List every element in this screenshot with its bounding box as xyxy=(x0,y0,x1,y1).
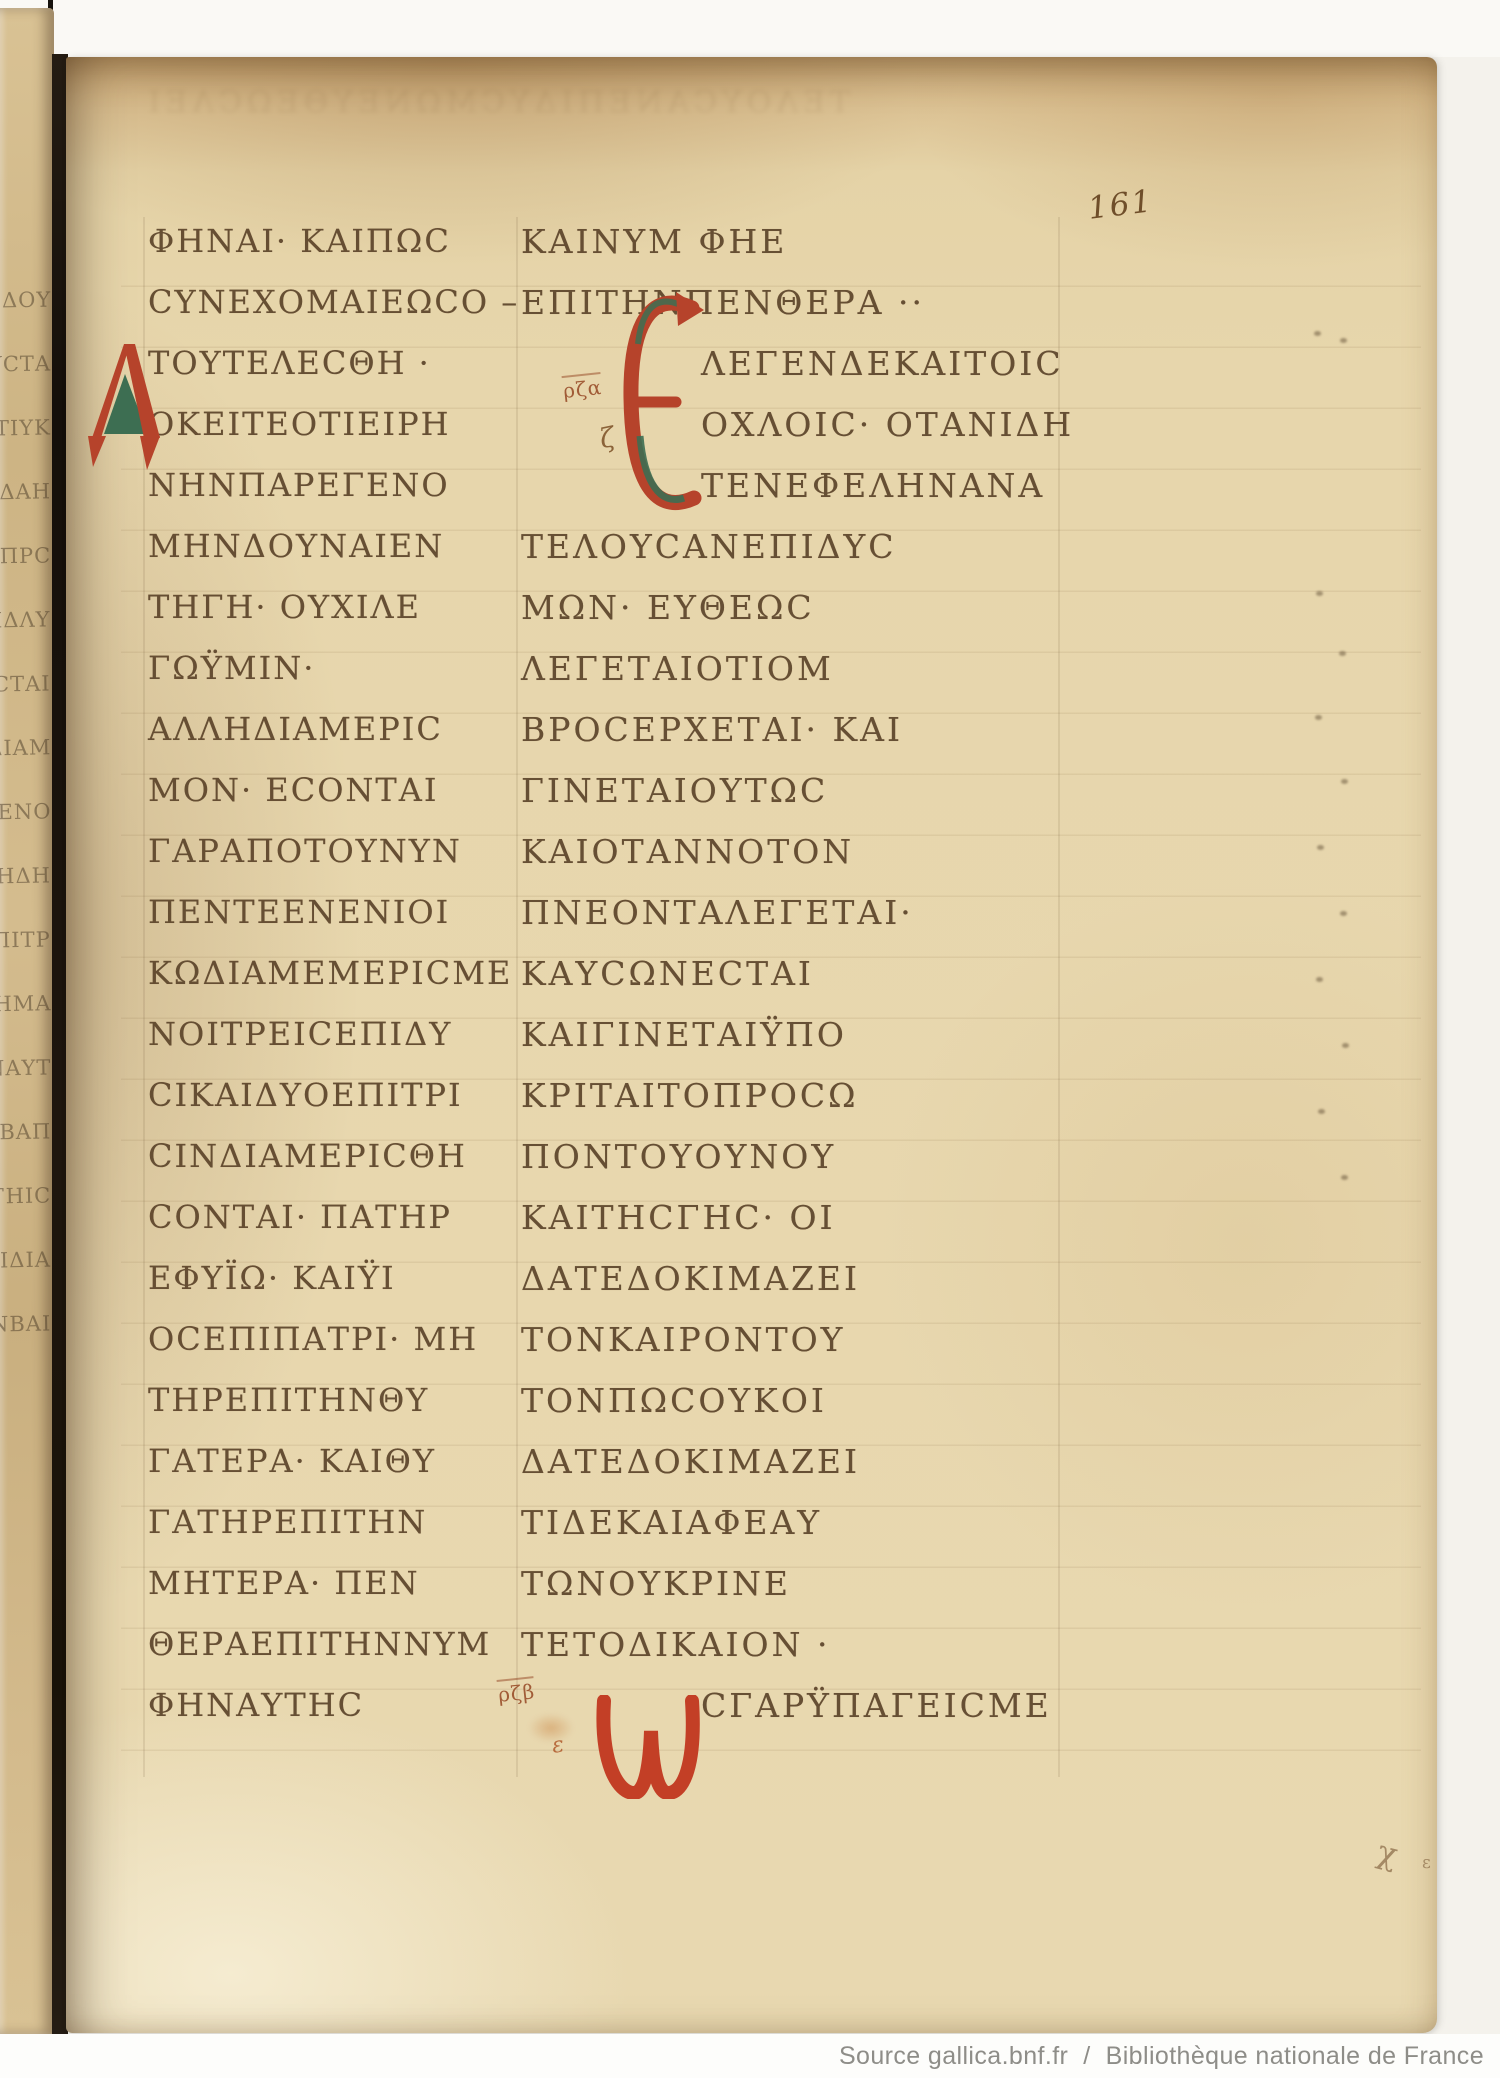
attribution-source: Source gallica.bnf.fr xyxy=(839,2042,1068,2071)
text-line: ΛΕΓΕΝΔΕΚΑΙΤΟΙC xyxy=(521,344,1074,405)
text-line: ΤΟΝΚΑΙΡΟΝΤΟΥ xyxy=(521,1320,1074,1381)
edge-text-fragment: ΑΗΔΗ xyxy=(0,863,51,888)
edge-text-fragment: ΕΡΗΜΑ xyxy=(0,991,51,1017)
text-line: ΟCΕΠΙΠΑΤΡΙ· ΜΗ xyxy=(148,1320,519,1381)
edge-text-fragment: ΥCΤΑ xyxy=(0,351,51,376)
text-line: ΔΑΤΕΔΟΚΙΜΑΖΕΙ xyxy=(521,1442,1074,1503)
attribution-institution: Bibliothèque nationale de France xyxy=(1106,2042,1484,2071)
show-through-dot xyxy=(1340,911,1347,916)
text-line: ΤΩΝΟΥΚΡΙΝΕ xyxy=(521,1564,1074,1625)
text-line: ΤΙΔΕΚΑΙΑΦΕΑΥ xyxy=(521,1503,1074,1564)
text-line: CΥΝΕΧΟΜΑΙΕΩCΟ – xyxy=(148,283,519,344)
edge-text-fragment: ΙΔΙΑ xyxy=(0,1248,51,1273)
show-through-dot xyxy=(1340,338,1347,343)
text-line: ΜΗΝΔΟΥΝΑΙΕΝ xyxy=(148,527,519,588)
edge-text-fragment: ΚΠΡC xyxy=(0,543,51,568)
text-line: ΠΝΕΟΝΤΑΛΕΓΕΤΑΙ· xyxy=(521,893,1074,954)
show-through-dot xyxy=(1317,845,1324,850)
show-through-dot xyxy=(1342,1043,1349,1048)
attribution-bar: Source gallica.bnf.fr / Bibliothèque nat… xyxy=(0,2034,1500,2078)
scan-background-top xyxy=(0,0,1500,57)
text-line: ΚΑΙΟΤΑΝΝΟΤΟΝ xyxy=(521,832,1074,893)
text-line: ΓΩΫΜΙΝ· xyxy=(148,649,519,710)
manuscript-scan-canvas: ΔΟΥΥCΤΑΤΙΥΚCΙΔΑΗΚΠΡCΗΔΛΥCΤΑΙΟΔΙΑΜΜΕΝΟΑΗΔ… xyxy=(0,0,1500,2078)
show-through-dot xyxy=(1341,1175,1348,1180)
text-line: ΜΗΤΕΡΑ· ΠΕΝ xyxy=(148,1564,519,1625)
text-line: ΠΟΝΤΟΥΟΥΝΟΥ xyxy=(521,1137,1074,1198)
edge-text-fragment: ΝΑΥΤ xyxy=(0,1055,51,1080)
text-line: ΓΑΤΗΡΕΠΙΤΗΝ xyxy=(148,1503,519,1564)
margin-note-text: ρζβ xyxy=(497,1676,537,1707)
text-line: CΟΝΤΑΙ· ΠΑΤΗΡ xyxy=(148,1198,519,1259)
corner-mark-small: ε xyxy=(1422,1853,1431,1873)
text-line: ΦΗΝΑΥΤΗC xyxy=(148,1686,519,1747)
manuscript-page: ΤΕΛΟΥCΑΝΕΠΙΔΥCΜΩΝΕΥΘΕΩCΛΕΓΕΤΑΙ 161 ΦΗΝΑΙ… xyxy=(66,57,1437,2033)
edge-text-fragment: ΗΔΛΥ xyxy=(0,607,51,632)
text-line: ΚΡΙΤΑΙΤΟΠΡΟCΩ xyxy=(521,1076,1074,1137)
edge-text-fragment: CΤΑΙ xyxy=(0,671,51,696)
edge-text-fragment: ΝΒΑΙ xyxy=(0,1311,51,1336)
previous-page-edge: ΔΟΥΥCΤΑΤΙΥΚCΙΔΑΗΚΠΡCΗΔΛΥCΤΑΙΟΔΙΑΜΜΕΝΟΑΗΔ… xyxy=(0,8,54,2034)
text-line: ΜΟΝ· ΕCΟΝΤΑΙ xyxy=(148,771,519,832)
text-column-left: ΦΗΝΑΙ· ΚΑΙΠΩCCΥΝΕΧΟΜΑΙΕΩCΟ –ΤΟΥΤΕΛΕCΘΗ ·… xyxy=(148,222,519,1747)
text-line: ΚΑΙΝΥΜ ΦΗΕ xyxy=(521,222,1074,283)
text-line: ΟΚΕΙΤΕΟΤΙΕΙΡΗ xyxy=(148,405,519,466)
text-line: ΚΑΙΤΗCΓΗC· ΟΙ xyxy=(521,1198,1074,1259)
text-line: ΑΛΛΗΔΙΑΜΕΡΙC xyxy=(148,710,519,771)
attribution-separator: / xyxy=(1083,2042,1090,2071)
edge-text-fragment: ΟΔΙΑΜ xyxy=(0,735,51,760)
show-through-dot xyxy=(1316,977,1323,982)
text-line: ΤΗΓΗ· ΟΥΧΙΛΕ xyxy=(148,588,519,649)
edge-text-fragment: ΤΙΥΚ xyxy=(0,416,51,441)
edge-text-fragment: CΙΔΑΗ xyxy=(0,479,51,504)
edge-text-fragment: ΜΕΝΟ xyxy=(0,799,51,824)
text-line: ΒΡΟCΕΡΧΕΤΑΙ· ΚΑΙ xyxy=(521,710,1074,771)
edge-text-fragment: ΔΟΥ xyxy=(2,288,52,313)
edge-text-fragment: ΓΗΙC xyxy=(0,1183,51,1208)
text-line: ΚΩΔΙΑΜΕΜΕΡΙCΜΕ xyxy=(148,954,519,1015)
text-line: ΕΦΥΪΩ· ΚΑΙΫΙ xyxy=(148,1259,519,1320)
text-line: ΘΕΡΑΕΠΙΤΗΝΝΥΜ xyxy=(148,1625,519,1686)
show-through-dot xyxy=(1316,591,1323,596)
text-line: ΚΑΥCΩΝΕCΤΑΙ xyxy=(521,954,1074,1015)
initial-delta-icon xyxy=(88,340,163,472)
text-line: ΜΩΝ· ΕΥΘΕΩC xyxy=(521,588,1074,649)
margin-section-number: ρζα xyxy=(562,375,603,403)
text-line: ΤΕΝΕΦΕΛΗΝΑΝΑ xyxy=(521,466,1074,527)
corner-mark: χ xyxy=(1374,1832,1402,1874)
text-line: ΔΑΤΕΔΟΚΙΜΑΖΕΙ xyxy=(521,1259,1074,1320)
text-line: ΚΑΙΓΙΝΕΤΑΙΫΠΟ xyxy=(521,1015,1074,1076)
edge-text-fragment: ΠΙΤΡ xyxy=(0,927,51,952)
text-line: ΤΗΡΕΠΙΤΗΝΘΥ xyxy=(148,1381,519,1442)
text-line: ΝΗΝΠΑΡΕΓΕΝΟ xyxy=(148,466,519,527)
text-line: ΛΕΓΕΤΑΙΟΤΙΟΜ xyxy=(521,649,1074,710)
text-line: ΤΕΤΟΔΙΚΑΙΟΝ · xyxy=(521,1625,1074,1686)
initial-omega-icon xyxy=(596,1695,700,1799)
text-line: ΓΙΝΕΤΑΙΟΥΤΩC xyxy=(521,771,1074,832)
text-line: ΕΠΙΤΗΝΠΕΝΘΕΡΑ ·· xyxy=(521,283,1074,344)
ink-smudge xyxy=(528,1713,574,1743)
text-line: ΤΕΛΟΥCΑΝΕΠΙΔΥC xyxy=(521,527,1074,588)
text-line: ΦΗΝΑΙ· ΚΑΙΠΩC xyxy=(148,222,519,283)
edge-text-fragment: ΝΒΑΠ xyxy=(0,1119,51,1144)
text-line: ΓΑΤΕΡΑ· ΚΑΙΘΥ xyxy=(148,1442,519,1503)
text-line: ΤΟΝΠΩCΟΥΚΟΙ xyxy=(521,1381,1074,1442)
show-through-smudge: ΤΕΛΟΥCΑΝΕΠΙΔΥCΜΩΝΕΥΘΕΩCΛΕΓΕΤΑΙ xyxy=(150,85,850,131)
show-through-dot xyxy=(1315,715,1322,720)
text-line: ΝΟΙΤΡΕΙCΕΠΙΔΥ xyxy=(148,1015,519,1076)
text-line: CΙΝΔΙΑΜΕΡΙCΘΗ xyxy=(148,1137,519,1198)
show-through-dot xyxy=(1339,651,1346,656)
margin-note-text: ρζα xyxy=(562,372,604,403)
show-through-dot xyxy=(1318,1109,1325,1114)
text-line: ΓΑΡΑΠΟΤΟΥΝΥΝ xyxy=(148,832,519,893)
show-through-dot xyxy=(1341,779,1348,784)
text-line: ΠΕΝΤΕΕΝΕΝΙΟΙ xyxy=(148,893,519,954)
folio-number: 161 xyxy=(1086,183,1155,227)
text-line: ΤΟΥΤΕΛΕCΘΗ · xyxy=(148,344,519,405)
margin-section-number: ρζβ xyxy=(497,1679,536,1707)
initial-epsilon-icon xyxy=(618,286,706,526)
text-line: CΙΚΑΙΔΥΟΕΠΙΤΡΙ xyxy=(148,1076,519,1137)
show-through-dot xyxy=(1314,331,1321,336)
